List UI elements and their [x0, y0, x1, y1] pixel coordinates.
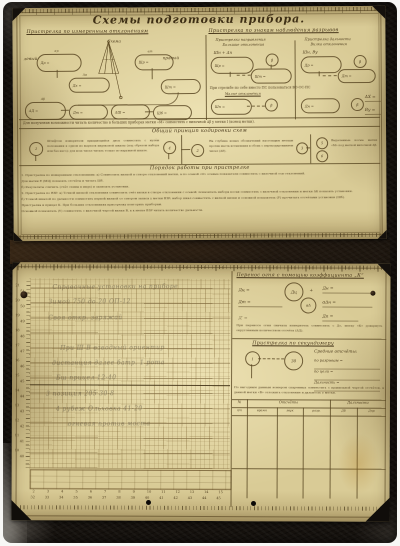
flow-sup-label: αт: [148, 49, 153, 53]
flow-oval: Дк =: [69, 78, 110, 93]
transfer-l2: Дт =: [238, 299, 282, 307]
bottom-worksheet-card: 2151205019491848174716461545144413431242…: [11, 262, 390, 522]
transfer-r2: αΔн =: [322, 300, 372, 308]
scale-pair: 1040: [14, 447, 29, 462]
scale-pair: 2050: [14, 297, 29, 312]
binding-hole: [370, 291, 375, 296]
plus-sign: +: [309, 287, 313, 292]
vy-label: Ву =: [365, 107, 381, 115]
table-group-ranges: Дальности: [330, 401, 386, 405]
binder-corner-pocket: [378, 230, 387, 239]
subcolumn-divider: [294, 40, 295, 119]
scale-pair: 1949: [14, 312, 29, 327]
scale-pair: 1141: [158, 490, 172, 503]
stopwatch-header: Пристрелка по секундомеру: [252, 341, 334, 346]
coding-cell-divider: [310, 134, 311, 163]
flow-circle: β: [265, 99, 278, 112]
flow-circle: β: [354, 55, 367, 68]
bottom-scale: 2323334345356367378389391040114112421343…: [30, 489, 232, 503]
binder-stud: [251, 501, 256, 506]
scale-pair: 1242: [14, 417, 29, 432]
lower-grid-strip: [30, 469, 232, 490]
section-header-measured-deviations: Пристрелка по измеренным отклонениям: [26, 29, 148, 35]
scale-pair: 1343: [14, 402, 29, 417]
connector-line: [306, 147, 310, 148]
stopwatch-list-item: по цели =: [314, 369, 380, 380]
edge-ruler-ticks-bottom: [20, 233, 381, 239]
scale-pair: 1848: [14, 327, 29, 342]
scale-pair: 1444: [201, 490, 215, 503]
paper-stain: [330, 422, 388, 506]
section-header-burst-signs: Пристрелка по знакам наблюдения разрывов: [208, 28, 338, 34]
flow-sup-label: αр: [55, 49, 59, 53]
transfer-r1: Дн =: [322, 286, 372, 294]
binding-hole: [20, 291, 27, 298]
scale-pair: 1646: [14, 357, 29, 372]
transfer-r3: Дп =: [322, 314, 358, 322]
connector-line: [168, 153, 169, 159]
photo-of-open-binder: { "colors": {"paper":"#d9cb96","ink":"#4…: [0, 0, 400, 546]
connector-dashed: [271, 65, 272, 69]
coding-header: Общий принцип кодировки схем: [152, 127, 247, 134]
scale-pair: 1545: [14, 372, 29, 387]
left-scale: 2151205019491848174716461545144413431242…: [14, 282, 30, 462]
coding-circle: 2: [191, 144, 204, 157]
transfer-circle-adt: αΔ: [300, 297, 316, 313]
procedure-header: Порядок работы при пристрелке: [150, 164, 250, 171]
scale-pair: 838: [115, 490, 129, 503]
pencil-note: огневая против моста: [68, 420, 151, 428]
procedure-list: 1. Пристрелка по измеренным отклонениям:…: [21, 171, 378, 216]
scale-pair: 232: [30, 489, 44, 502]
table-subheader-cell: разр.: [303, 408, 330, 412]
table-subheader-cell: Дб: [330, 409, 357, 413]
page-title: Схемы подготовки прибора.: [93, 12, 305, 26]
coding-text: Штифтом измерителя вращающийся диск совм…: [47, 138, 159, 154]
table-subheader-cell: п/п: [232, 408, 247, 412]
subheader: Пристрелка дальности: [304, 37, 350, 41]
scale-pair: 434: [58, 489, 72, 502]
table-column-line: [303, 407, 304, 498]
flow-oval: ΔД =: [25, 102, 66, 120]
connector-line: [152, 68, 153, 79]
flow-oval: Шт =: [251, 68, 292, 83]
connector-line: [61, 110, 69, 111]
connector-dashed: [247, 106, 265, 107]
flow-oval: Дт =: [338, 69, 376, 83]
subheader: Большие отклонения: [223, 43, 265, 47]
connector-line: [181, 149, 190, 150]
flow-circle: β: [266, 54, 279, 67]
flow-oval: Дт =: [69, 105, 108, 120]
flow-oval: Др =: [301, 56, 342, 73]
flow-oval: Шр =: [135, 54, 174, 70]
pencil-note: При Ш-В взводный ориентир: [60, 344, 165, 352]
stopwatch-circle-30: 30: [284, 351, 303, 370]
table-subheader-cell: звук: [277, 408, 303, 412]
connector-dashed: [323, 75, 337, 76]
connector-dashed: [258, 358, 284, 359]
flow-oval: Шн =: [211, 99, 252, 115]
flow-oval: Др =: [37, 54, 82, 72]
table-group-number: №: [232, 400, 247, 404]
pencil-note: Зимой 750 до 20 ОП-12: [48, 298, 130, 306]
table-subheaders: п/пвремязвукразр.ДбДпр: [232, 408, 386, 413]
transfer-note: При переносе огня сначала измеритель сов…: [236, 323, 382, 334]
scale-pair: 1343: [187, 490, 201, 503]
pencil-note: Своя откр. заряжай: [48, 314, 122, 321]
pencil-note: дистанция далее батр. 1 рота: [52, 359, 165, 367]
binder-corner-pocket: [372, 6, 385, 19]
subheader: Вилка отклонения: [311, 42, 347, 46]
rule: [232, 338, 386, 340]
scale-pair: 939: [130, 490, 144, 503]
binder-corner-pocket: [11, 500, 31, 520]
top-instruction-card: Схемы подготовки прибора. Пристрелка по …: [12, 6, 386, 241]
pencil-note: Справочные установки на приборе: [52, 283, 178, 291]
table-subheader-cell: время: [247, 408, 277, 412]
scale-pair: 1141: [14, 432, 29, 447]
transfer-l1: Дц =: [238, 287, 249, 292]
binder-corner-pocket: [365, 498, 389, 522]
scale-pair: 333: [44, 489, 58, 502]
binder-corner-pocket: [14, 232, 23, 241]
connector-line: [35, 155, 36, 161]
connector-line: [319, 71, 320, 76]
scale-pair: 1444: [14, 387, 29, 402]
coding-circle: 4: [163, 141, 176, 154]
scale-pair: 636: [87, 490, 101, 503]
formula: Шн + Δп: [214, 50, 233, 55]
section-divider: [230, 271, 232, 507]
flow-sup-label: Δα: [83, 73, 87, 77]
flow-oval: Дн =: [301, 98, 340, 113]
binder-corner-pocket: [12, 8, 25, 21]
stopwatch-note: По выгодным данным номером спаренных сов…: [234, 385, 384, 396]
transfer-header: Перенос огня с помощью коэффициента „К“: [236, 273, 363, 279]
coding-text: Выделенные косые метки «М» под меткой ви…: [331, 138, 377, 148]
connector-dashed: [237, 75, 251, 76]
pencil-note: Бш прицел 12-40: [56, 374, 116, 381]
label-left: левый: [24, 56, 38, 61]
transfer-circle-dc: Дц: [284, 282, 303, 301]
table-subheader-cell: Дпр: [357, 409, 386, 413]
connector-line: [230, 72, 231, 77]
coding-circle: 6: [316, 150, 328, 162]
table-group-readings: Отсчёты: [247, 400, 330, 404]
coding-circle: 5: [316, 137, 328, 149]
column-divider: [205, 35, 207, 120]
flow-circle: β: [351, 98, 364, 111]
note-small-deviations: Малые отклонения: [225, 92, 261, 96]
scale-pair: 535: [72, 489, 86, 502]
note-fire-on-self: При стрельбе по себе вместо ПС пользоват…: [210, 85, 360, 92]
scale-pair: 1242: [172, 490, 186, 503]
stopwatch-list-title: Средние отсчёты:: [314, 348, 357, 353]
transfer-l3: Д′ =: [238, 315, 247, 320]
coding-circle: 3: [296, 142, 308, 154]
connector-curve: [78, 92, 179, 106]
subheader: Пристрелка направления: [215, 38, 265, 42]
edge-ruler-ticks-bottom: [16, 505, 384, 511]
table-column-line: [277, 407, 278, 498]
flow-oval: Шр =: [211, 57, 254, 74]
binder-spine-gap: [10, 240, 390, 264]
table-column-line: [247, 399, 248, 498]
stopwatch-list-item: по разрывам =: [314, 358, 380, 369]
pencil-note: 3 позиция 205 30-8: [46, 390, 114, 397]
binder-corner-pocket: [13, 262, 21, 270]
dx-label: ΔХ =: [365, 94, 381, 102]
flow-sup-label: Δβ: [41, 97, 45, 101]
connector-line: [57, 70, 58, 78]
scale-pair: 1545: [215, 490, 229, 503]
pencil-note: 4 рубеж Ольховка 41-20: [56, 405, 143, 413]
edge-ruler-ticks-long: [18, 264, 386, 272]
table-line: [232, 415, 386, 417]
scale-pair: 737: [101, 490, 115, 503]
scale-pair: 1747: [14, 342, 29, 357]
procedure-line: Основной показатель (У) совместить с вил…: [22, 207, 379, 215]
coding-text: На глубине новых обозначений настоящим м…: [209, 138, 293, 154]
connector-line: [251, 364, 252, 378]
coding-circle: 1: [29, 142, 43, 156]
binder-corner-pocket: [378, 264, 391, 277]
binder-stud: [146, 500, 151, 505]
connector-line: [145, 111, 153, 112]
formula: Шн, Ву: [303, 49, 318, 54]
